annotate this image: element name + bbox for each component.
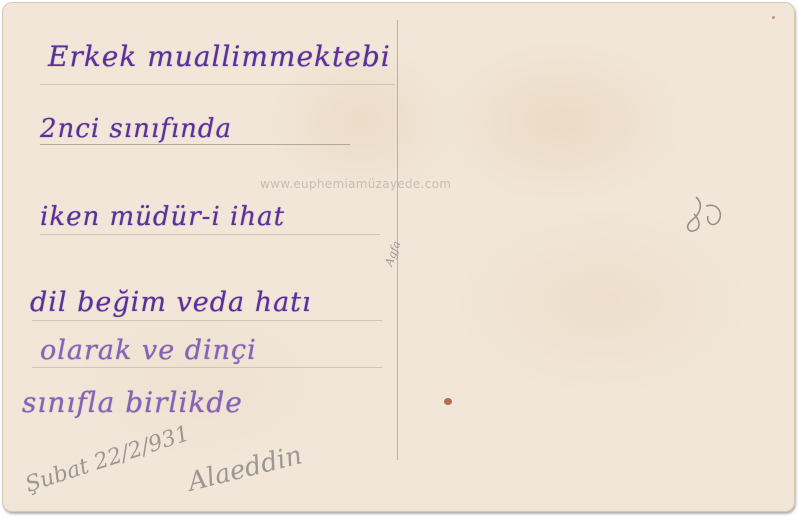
- handwriting-line-3: iken müdür-i ihat: [40, 202, 285, 232]
- handwriting-line-4: dil beğim veda hatı: [30, 287, 312, 318]
- handwriting-line-2: 2nci sınıfında: [40, 114, 232, 144]
- ruled-line: [40, 234, 380, 235]
- pencil-small-note: Agfa: [382, 239, 403, 268]
- handwriting-line-6: sınıfla birlikde: [22, 386, 243, 419]
- ink-spot: [772, 16, 775, 19]
- ruled-line: [32, 320, 382, 321]
- ruled-line: [40, 144, 350, 145]
- ruled-line: [40, 84, 395, 85]
- pencil-mark-icon: [678, 192, 728, 237]
- ink-spot: [444, 398, 452, 405]
- handwriting-line-1: Erkek muallimmektebi: [48, 40, 391, 73]
- pencil-signature: Alaeddin: [185, 440, 305, 497]
- watermark: www.euphemiamüzayede.com: [260, 177, 451, 191]
- center-divider-line: [397, 20, 398, 460]
- ruled-line: [32, 367, 382, 368]
- postcard-back: www.euphemiamüzayede.com Erkek muallimme…: [2, 2, 795, 512]
- pencil-date-note: Şubat 22/2/931: [22, 421, 192, 498]
- handwriting-line-5: olarak ve dinçi: [40, 335, 257, 366]
